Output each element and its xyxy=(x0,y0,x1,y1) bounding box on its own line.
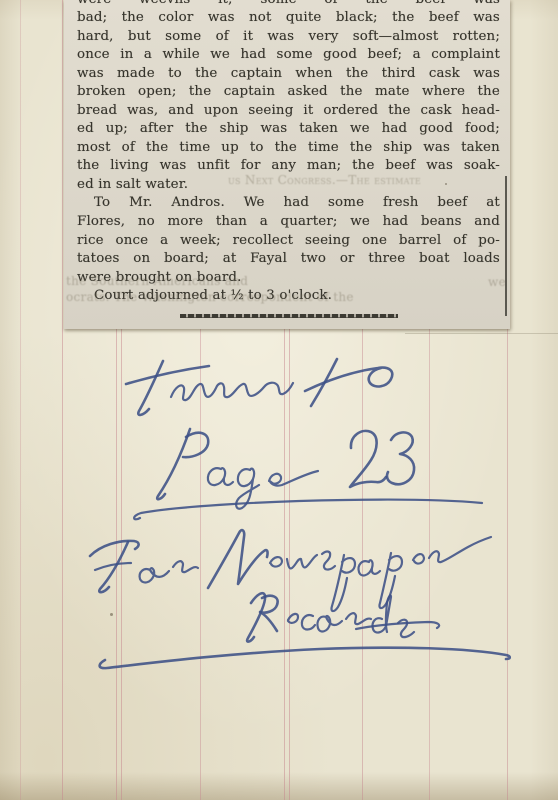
scrapbook-page: wereweevilsit;someofthebeefwasbad;thecol… xyxy=(0,0,558,800)
hw-word-turn-to xyxy=(126,359,392,415)
newspaper-column-rule xyxy=(505,176,507,316)
clipping-line: mostofthetimeuptothetimetheshipwastaken xyxy=(77,139,500,158)
hw-underline-2 xyxy=(100,648,510,668)
newspaper-clipping: wereweevilsit;someofthebeefwasbad;thecol… xyxy=(64,0,510,329)
paper-speck xyxy=(110,613,113,616)
clipping-line: edup;aftertheshipwastakenwehadgoodfood; xyxy=(77,120,500,139)
hw-word-page-23 xyxy=(157,429,414,509)
clipping-line: brokenopen;thecaptainaskedthematewhereth… xyxy=(77,83,500,102)
clipping-line: ToMr.Andros.Wehadsomefreshbeefat xyxy=(77,194,500,213)
newspaper-section-rule xyxy=(180,314,398,318)
ghost-showthrough-text: the Southern Americans and xyxy=(66,274,248,288)
paper-speck xyxy=(445,183,447,185)
clipping-line: bad;thecolorwasnotquiteblack;thebeefwas xyxy=(77,9,500,28)
ghost-showthrough-text: we xyxy=(488,275,506,289)
ghost-showthrough-text: ocrats. The Washington correspondent of … xyxy=(66,290,354,304)
clipping-line: Flores,nomorethanaquarter;wehadbeansand xyxy=(77,213,500,232)
clipping-line: wasmadetothecaptainwhenthethirdcaskwas xyxy=(77,65,500,84)
clipping-line: onceinawhilewehadsomegoodbeef;acomplaint xyxy=(77,46,500,65)
clipping-line: tatoesonboard;atFayaltwoorthreeboatloads xyxy=(77,250,500,269)
hw-word-for-newspaper xyxy=(90,530,491,611)
clipping-line: hard,butsomeofitwasverysoft—almostrotten… xyxy=(77,28,500,47)
ledger-rule-line xyxy=(20,0,21,800)
ghost-showthrough-text: us Next Congress.—The estimate xyxy=(228,173,421,187)
ledger-horizontal-line xyxy=(405,333,558,334)
hw-word-records xyxy=(247,593,439,641)
clipping-text: wereweevilsit;someofthebeefwasbad;thecol… xyxy=(64,0,510,306)
clipping-line: breadwas,anduponseeingitorderedthecaskhe… xyxy=(77,102,500,121)
clipping-line: wereweevilsit;someofthebeefwas xyxy=(77,0,500,9)
clipping-line: riceonceaweek;recollectseeingonebarrelof… xyxy=(77,232,500,251)
